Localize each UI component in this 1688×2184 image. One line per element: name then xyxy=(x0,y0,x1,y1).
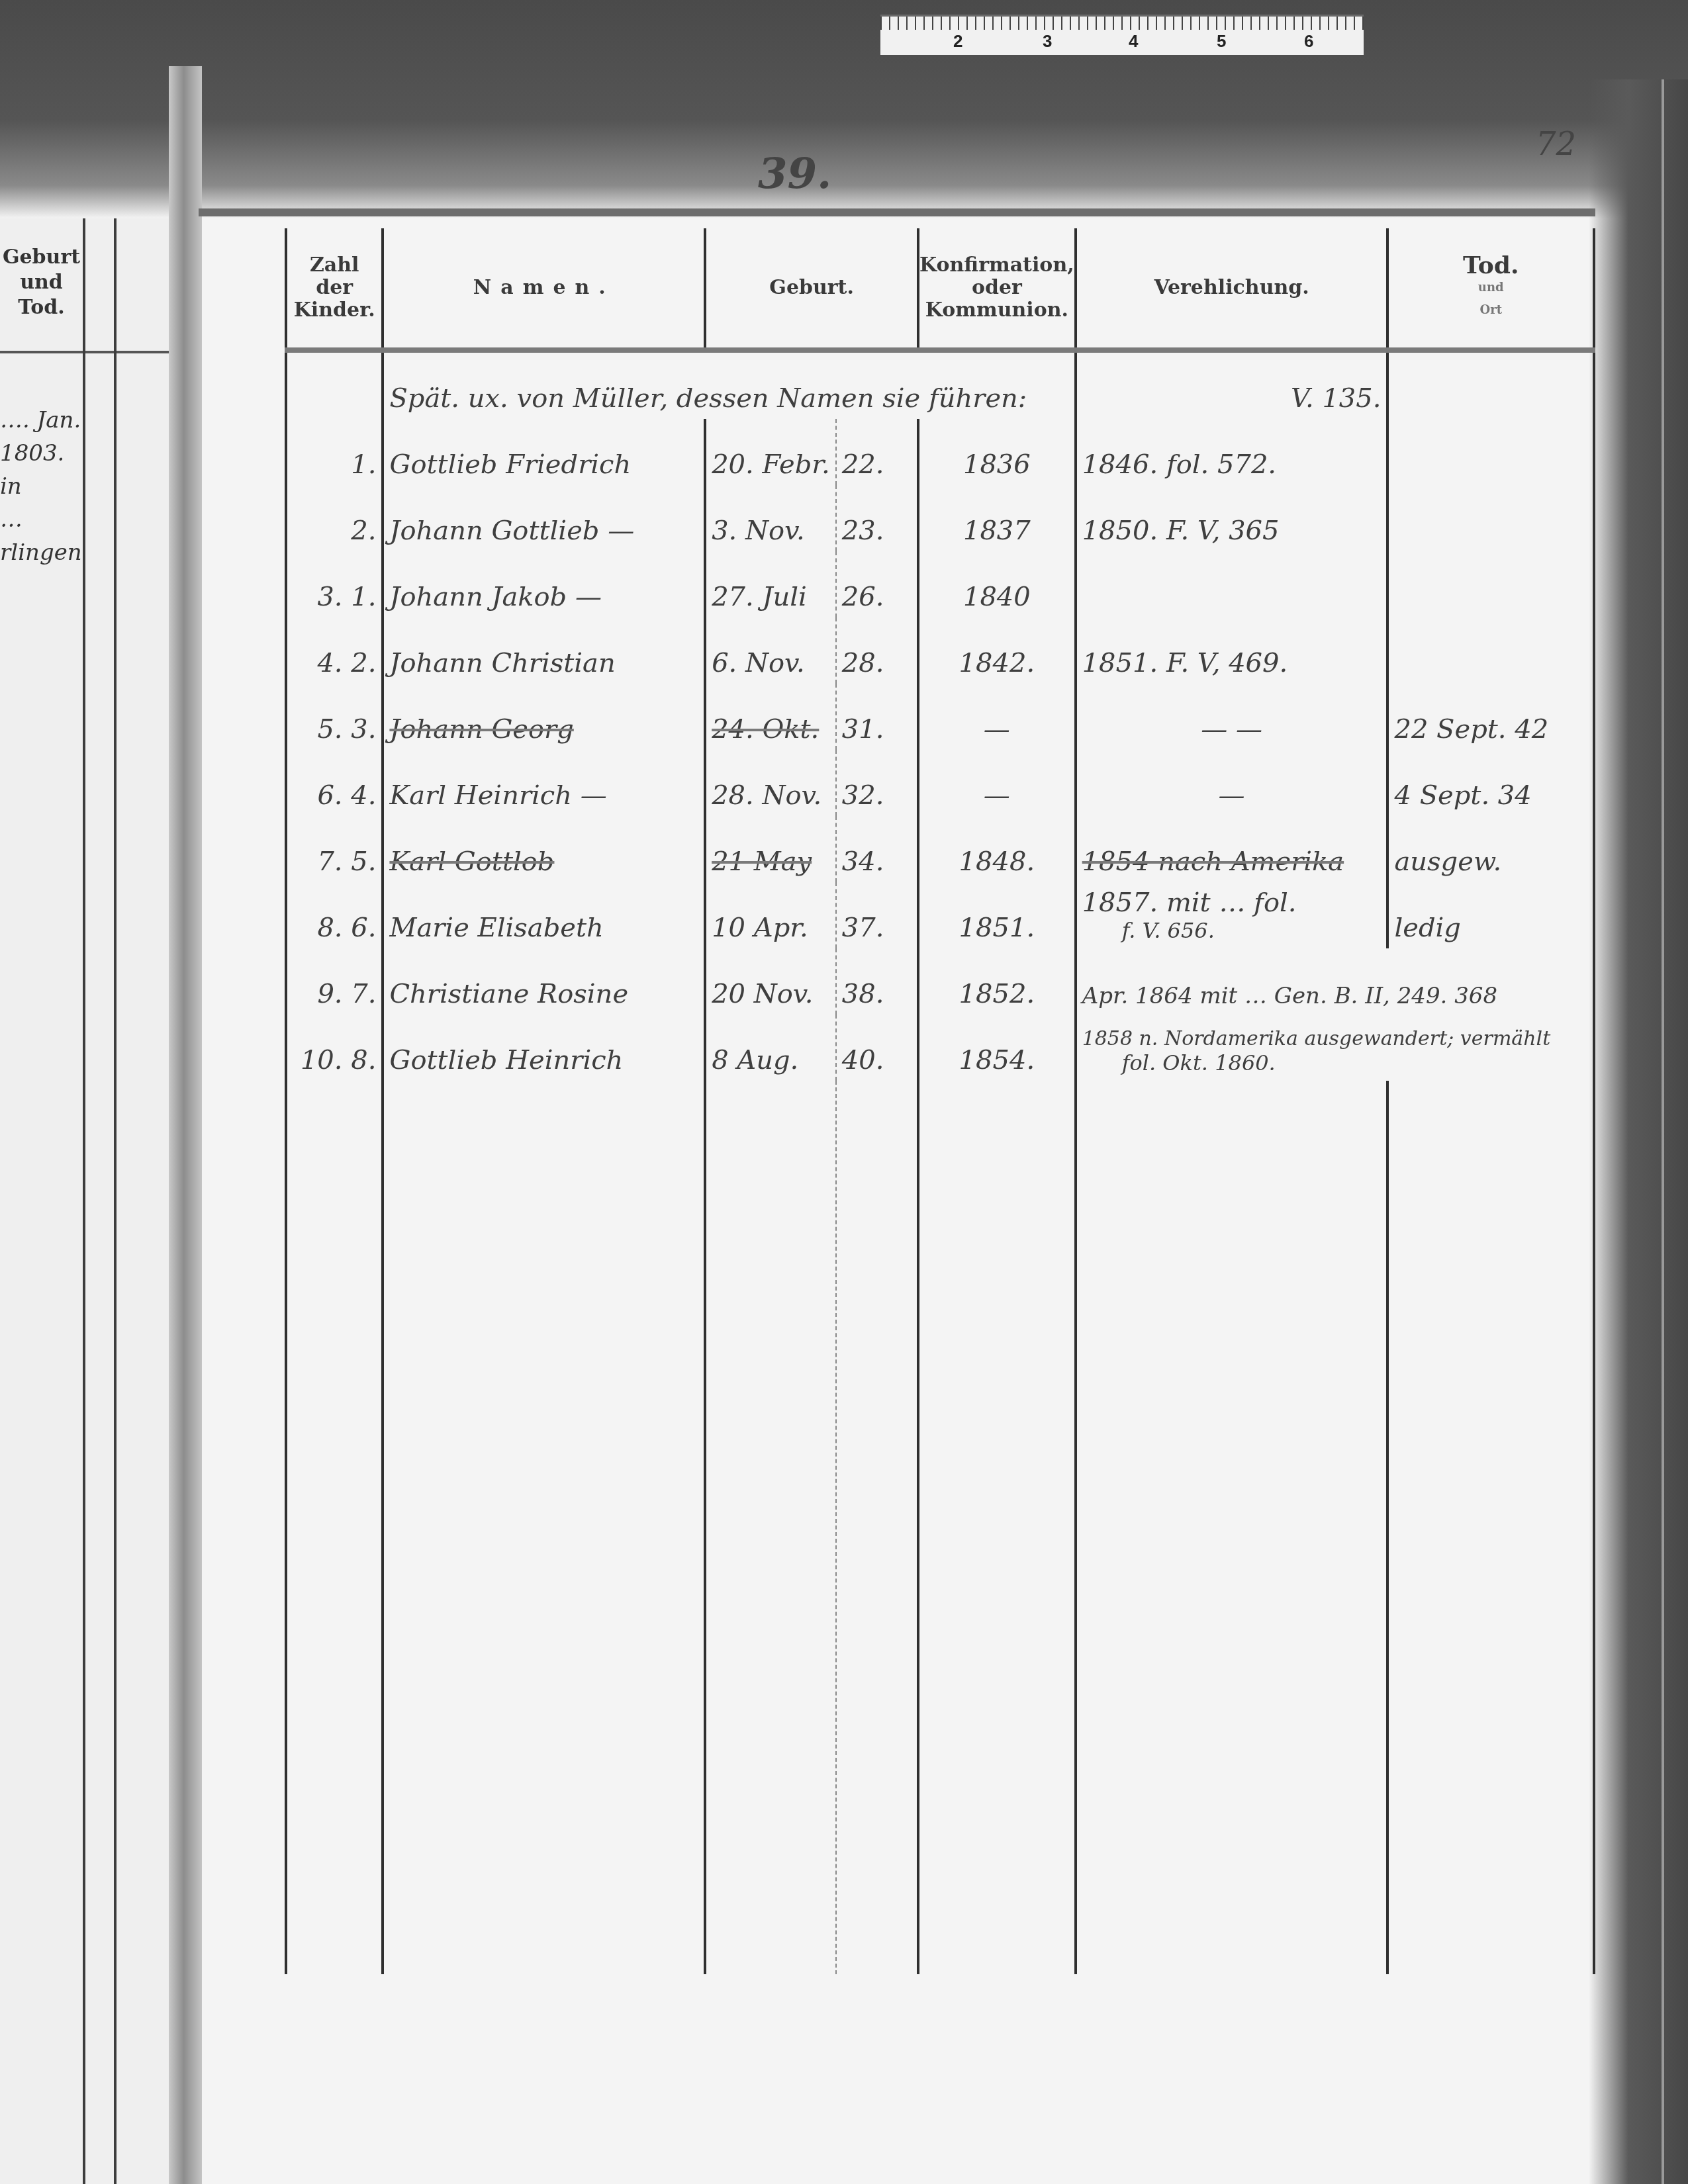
birth-day-month: 3. Nov. xyxy=(705,485,836,551)
death-entry: 22 Sept. 42 xyxy=(1387,684,1594,750)
measurement-ruler: 2 3 4 5 6 xyxy=(880,15,1364,55)
birth-year: 31. xyxy=(836,684,918,750)
table-row: 3. 1. Johann Jakob — 27. Juli 26. 1840 xyxy=(286,551,1594,617)
child-name: Johann Georg xyxy=(383,684,705,750)
birth-day-month: 21 May xyxy=(705,816,836,882)
child-number: 3. 1. xyxy=(286,551,383,617)
confirmation-year: 1836 xyxy=(918,419,1076,485)
confirmation-year: 1852. xyxy=(918,948,1076,1015)
child-number: 8. 6. xyxy=(286,882,383,948)
child-name: Johann Jakob — xyxy=(383,551,705,617)
birth-year: 23. xyxy=(836,485,918,551)
table-row: 5. 3. Johann Georg 24. Okt. 31. — — — 22… xyxy=(286,684,1594,750)
death-entry: 4 Sept. 34 xyxy=(1387,750,1594,816)
child-name: Christiane Rosine xyxy=(383,948,705,1015)
left-page-column-rule xyxy=(114,218,117,2184)
table-row: 7. 5. Karl Gottlob 21 May 34. 1848. 1854… xyxy=(286,816,1594,882)
birth-day-month: 8 Aug. xyxy=(705,1015,836,1081)
child-name: Karl Gottlob xyxy=(383,816,705,882)
table-row: 10. 8. Gottlieb Heinrich 8 Aug. 40. 1854… xyxy=(286,1015,1594,1081)
death-entry xyxy=(1387,419,1594,485)
marriage-entry: 1850. F. V, 365 xyxy=(1076,485,1388,551)
table-row: 9. 7. Christiane Rosine 20 Nov. 38. 1852… xyxy=(286,948,1594,1015)
table-row: 2. Johann Gottlieb — 3. Nov. 23. 1837 18… xyxy=(286,485,1594,551)
birth-day-month: 28. Nov. xyxy=(705,750,836,816)
birth-day-month: 6. Nov. xyxy=(705,617,836,684)
child-name: Marie Elisabeth xyxy=(383,882,705,948)
header-confirmation: Konfirmation, oder Kommunion. xyxy=(918,228,1076,350)
header-birth: Geburt. xyxy=(705,228,918,350)
book-gutter xyxy=(169,66,202,2184)
marriage-entry: 1857. mit … fol. f. V. 656. xyxy=(1076,882,1388,948)
birth-day-month: 20 Nov. xyxy=(705,948,836,1015)
left-page-header: Geburt und Tod. xyxy=(0,245,83,320)
child-name: Gottlieb Heinrich xyxy=(383,1015,705,1081)
marriage-entry: — — xyxy=(1076,684,1388,750)
death-entry: ledig xyxy=(1387,882,1594,948)
table-header-row: Zahl der Kinder. Namen. Geburt. Konfirma… xyxy=(286,228,1594,350)
child-number: 1. xyxy=(286,419,383,485)
register-table: Zahl der Kinder. Namen. Geburt. Konfirma… xyxy=(285,228,1595,1974)
birth-year: 40. xyxy=(836,1015,918,1081)
confirmation-year: 1842. xyxy=(918,617,1076,684)
marriage-entry: 1851. F. V, 469. xyxy=(1076,617,1388,684)
death-entry xyxy=(1387,617,1594,684)
birth-year: 38. xyxy=(836,948,918,1015)
child-number: 2. xyxy=(286,485,383,551)
table-row: 8. 6. Marie Elisabeth 10 Apr. 37. 1851. … xyxy=(286,882,1594,948)
ruler-label: 2 xyxy=(953,31,962,52)
confirmation-year: 1840 xyxy=(918,551,1076,617)
marriage-entry: 1846. fol. 572. xyxy=(1076,419,1388,485)
birth-year: 32. xyxy=(836,750,918,816)
intro-reference: V. 135. xyxy=(1076,350,1388,419)
marriage-entry: 1858 n. Nordamerika ausgewandert; vermäh… xyxy=(1076,1015,1594,1081)
confirmation-year: — xyxy=(918,750,1076,816)
confirmation-year: 1851. xyxy=(918,882,1076,948)
table-row: 4. 2. Johann Christian 6. Nov. 28. 1842.… xyxy=(286,617,1594,684)
birth-year: 26. xyxy=(836,551,918,617)
death-entry: ausgew. xyxy=(1387,816,1594,882)
child-name: Johann Gottlieb — xyxy=(383,485,705,551)
birth-year: 37. xyxy=(836,882,918,948)
page-number: 39. xyxy=(758,149,831,199)
confirmation-year: 1848. xyxy=(918,816,1076,882)
ruler-label: 3 xyxy=(1043,31,1052,52)
child-number: 4. 2. xyxy=(286,617,383,684)
scan-right-edge xyxy=(1589,79,1688,2184)
left-facing-page: Geburt und Tod. …. Jan. 1803. in …rlinge… xyxy=(0,218,169,2184)
birth-day-month: 27. Juli xyxy=(705,551,836,617)
header-death: Tod. und Ort xyxy=(1387,228,1594,350)
left-page-note: …. Jan. 1803. in …rlingen xyxy=(0,404,93,569)
scan-top-shadow xyxy=(0,0,1688,218)
header-names: Namen. xyxy=(383,228,705,350)
intro-row: Spät. ux. von Müller, dessen Namen sie f… xyxy=(286,350,1594,419)
marriage-entry: 1854 nach Amerika xyxy=(1076,816,1388,882)
birth-year: 28. xyxy=(836,617,918,684)
marriage-entry: — xyxy=(1076,750,1388,816)
ruler-label: 6 xyxy=(1304,31,1313,52)
empty-register-space xyxy=(286,1081,1594,1974)
child-number: 9. 7. xyxy=(286,948,383,1015)
child-name: Gottlieb Friedrich xyxy=(383,419,705,485)
child-number: 5. 3. xyxy=(286,684,383,750)
ruler-label: 5 xyxy=(1217,31,1226,52)
header-children-count: Zahl der Kinder. xyxy=(286,228,383,350)
birth-day-month: 20. Febr. xyxy=(705,419,836,485)
confirmation-year: 1854. xyxy=(918,1015,1076,1081)
ruler-label: 4 xyxy=(1129,31,1138,52)
marriage-entry xyxy=(1076,551,1388,617)
birth-day-month: 10 Apr. xyxy=(705,882,836,948)
child-number: 10. 8. xyxy=(286,1015,383,1081)
table-row: 1. Gottlieb Friedrich 20. Febr. 22. 1836… xyxy=(286,419,1594,485)
death-entry xyxy=(1387,485,1594,551)
table-row: 6. 4. Karl Heinrich — 28. Nov. 32. — — 4… xyxy=(286,750,1594,816)
marriage-entry: Apr. 1864 mit … Gen. B. II, 249. 368 xyxy=(1076,948,1594,1015)
child-number: 7. 5. xyxy=(286,816,383,882)
birth-day-month: 24. Okt. xyxy=(705,684,836,750)
death-entry xyxy=(1387,551,1594,617)
confirmation-year: — xyxy=(918,684,1076,750)
child-name: Karl Heinrich — xyxy=(383,750,705,816)
header-marriage: Verehlichung. xyxy=(1076,228,1388,350)
intro-line: Spät. ux. von Müller, dessen Namen sie f… xyxy=(383,350,1075,419)
register-top-rule xyxy=(199,208,1595,216)
confirmation-year: 1837 xyxy=(918,485,1076,551)
birth-year: 34. xyxy=(836,816,918,882)
folio-mark: 72 xyxy=(1536,126,1576,163)
child-name: Johann Christian xyxy=(383,617,705,684)
child-number: 6. 4. xyxy=(286,750,383,816)
birth-year: 22. xyxy=(836,419,918,485)
